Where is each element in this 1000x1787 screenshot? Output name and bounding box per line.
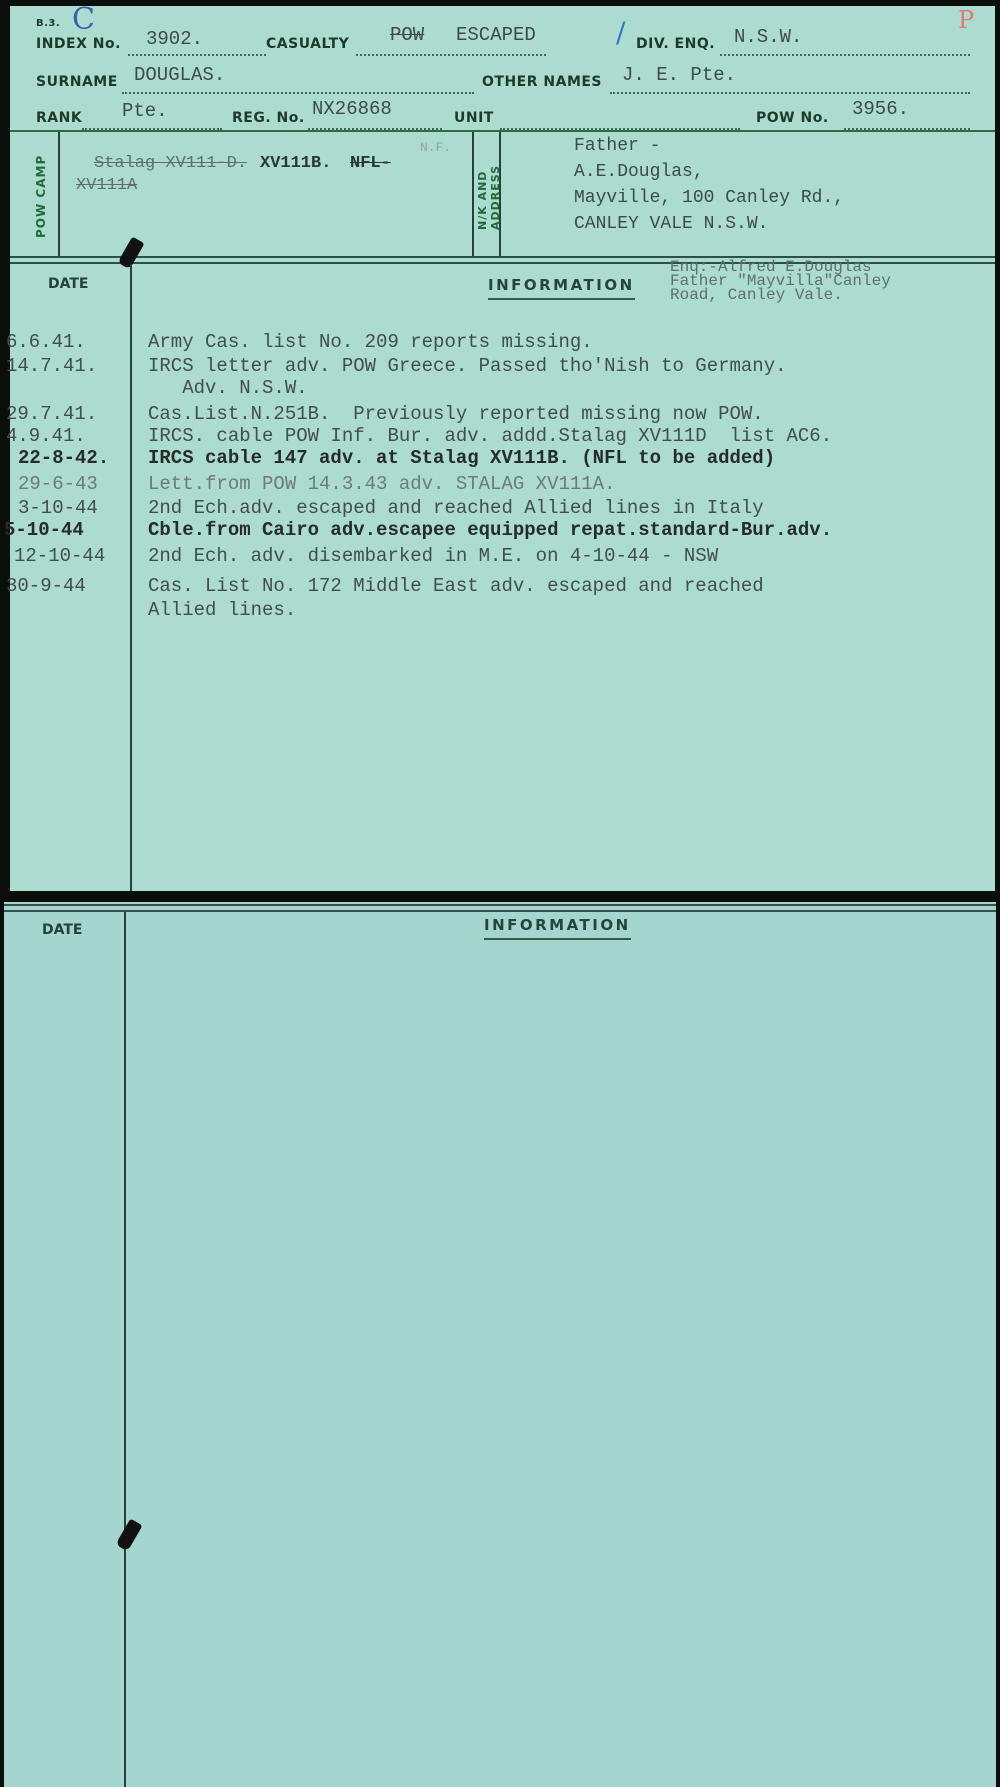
entry-date: 14.7.41. — [6, 355, 97, 377]
pow-camp-struck-2: NFL- — [350, 154, 391, 173]
entry-date: 5-10-44 — [4, 519, 84, 541]
index-label: INDEX No. — [36, 36, 121, 52]
entry-text: IRCS. cable POW Inf. Bur. adv. addd.Stal… — [148, 425, 832, 447]
rank-value: Pte. — [122, 100, 168, 122]
overtyped-note-line: Road, Canley Vale. — [670, 288, 843, 303]
entry-date: 12-10-44 — [14, 545, 105, 567]
reg-no-value: NX26868 — [312, 98, 392, 120]
form-code: B.3. — [36, 18, 60, 29]
pow-camp-pencil-note: N.F. — [420, 140, 451, 155]
nk-address-label-line1: N/K AND — [476, 171, 489, 230]
entry-text: IRCS letter adv. POW Greece. Passed tho'… — [148, 355, 787, 377]
divider — [4, 904, 996, 906]
record-card-back: DATE INFORMATION — [4, 902, 996, 1787]
divider — [10, 130, 995, 132]
nk-address-line: A.E.Douglas, — [574, 162, 704, 182]
index-dotted-line — [128, 54, 266, 56]
entry-date: 4.9.41. — [6, 425, 86, 447]
entry-text: Adv. N.S.W. — [148, 377, 308, 399]
other-names-dotted-line — [610, 92, 970, 94]
tag-mark — [115, 1519, 142, 1552]
entry-text: Allied lines. — [148, 599, 296, 621]
record-card-front: B.3. C P INDEX No. 3902. CASUALTY POW ES… — [10, 6, 995, 891]
nk-address-line: Father - — [574, 136, 660, 156]
date-header: DATE — [42, 922, 82, 938]
other-names-label: OTHER NAMES — [482, 74, 602, 90]
reg-no-label: REG. No. — [232, 110, 305, 126]
date-column-divider — [124, 912, 126, 1787]
pow-no-value: 3956. — [852, 98, 909, 120]
pow-camp-value: XV111B. — [260, 154, 331, 173]
pow-camp-struck-1: Stalag XV111-D. — [94, 154, 247, 173]
pow-camp-struck-3: XV111A — [76, 176, 137, 195]
casualty-value: ESCAPED — [456, 24, 536, 46]
entry-date: 30-9-44 — [6, 575, 86, 597]
pen-tick: / — [616, 16, 625, 49]
index-value: 3902. — [146, 28, 203, 50]
entry-text: Cas. List No. 172 Middle East adv. escap… — [148, 575, 764, 597]
pen-mark-p: P — [958, 6, 974, 34]
divider — [472, 132, 474, 256]
entry-date: 3-10-44 — [18, 497, 98, 519]
entry-date: 29.7.41. — [6, 403, 97, 425]
entry-text: IRCS cable 147 adv. at Stalag XV111B. (N… — [148, 447, 775, 469]
surname-dotted-line — [122, 92, 474, 94]
pen-mark-c: C — [72, 2, 95, 37]
other-names-value: J. E. Pte. — [622, 64, 736, 86]
div-enq-label: DIV. ENQ. — [636, 36, 715, 52]
casualty-dotted-line — [356, 54, 546, 56]
surname-value: DOUGLAS. — [134, 64, 225, 86]
entry-text: 2nd Ech.adv. escaped and reached Allied … — [148, 497, 764, 519]
nk-address-line: CANLEY VALE N.S.W. — [574, 214, 768, 234]
entry-date: 22-8-42. — [18, 447, 109, 469]
entry-date: 29-6-43 — [18, 473, 98, 495]
information-header: INFORMATION — [484, 916, 631, 940]
divider — [4, 910, 996, 912]
unit-label: UNIT — [454, 110, 494, 126]
entry-text: Cble.from Cairo adv.escapee equipped rep… — [148, 519, 832, 541]
entry-text: Army Cas. list No. 209 reports missing. — [148, 331, 593, 353]
div-enq-dotted-line — [720, 54, 970, 56]
nk-address-label: N/K AND ADDRESS — [476, 165, 502, 230]
entry-date: 6.6.41. — [6, 331, 86, 353]
date-header: DATE — [48, 276, 88, 292]
entry-text: Lett.from POW 14.3.43 adv. STALAG XV111A… — [148, 473, 615, 495]
div-enq-value: N.S.W. — [734, 26, 802, 48]
entry-text: Cas.List.N.251B. Previously reported mis… — [148, 403, 764, 425]
casualty-struck-value: POW — [390, 24, 424, 46]
information-header: INFORMATION — [488, 276, 635, 300]
surname-label: SURNAME — [36, 74, 118, 90]
nk-address-label-line2: ADDRESS — [489, 165, 502, 230]
entry-text: 2nd Ech. adv. disembarked in M.E. on 4-1… — [148, 545, 718, 567]
nk-address-line: Mayville, 100 Canley Rd., — [574, 188, 844, 208]
pow-camp-label: POW CAMP — [34, 155, 48, 238]
pow-no-label: POW No. — [756, 110, 829, 126]
date-column-divider — [130, 264, 132, 891]
divider — [58, 132, 60, 256]
casualty-label: CASUALTY — [266, 36, 349, 52]
rank-label: RANK — [36, 110, 82, 126]
